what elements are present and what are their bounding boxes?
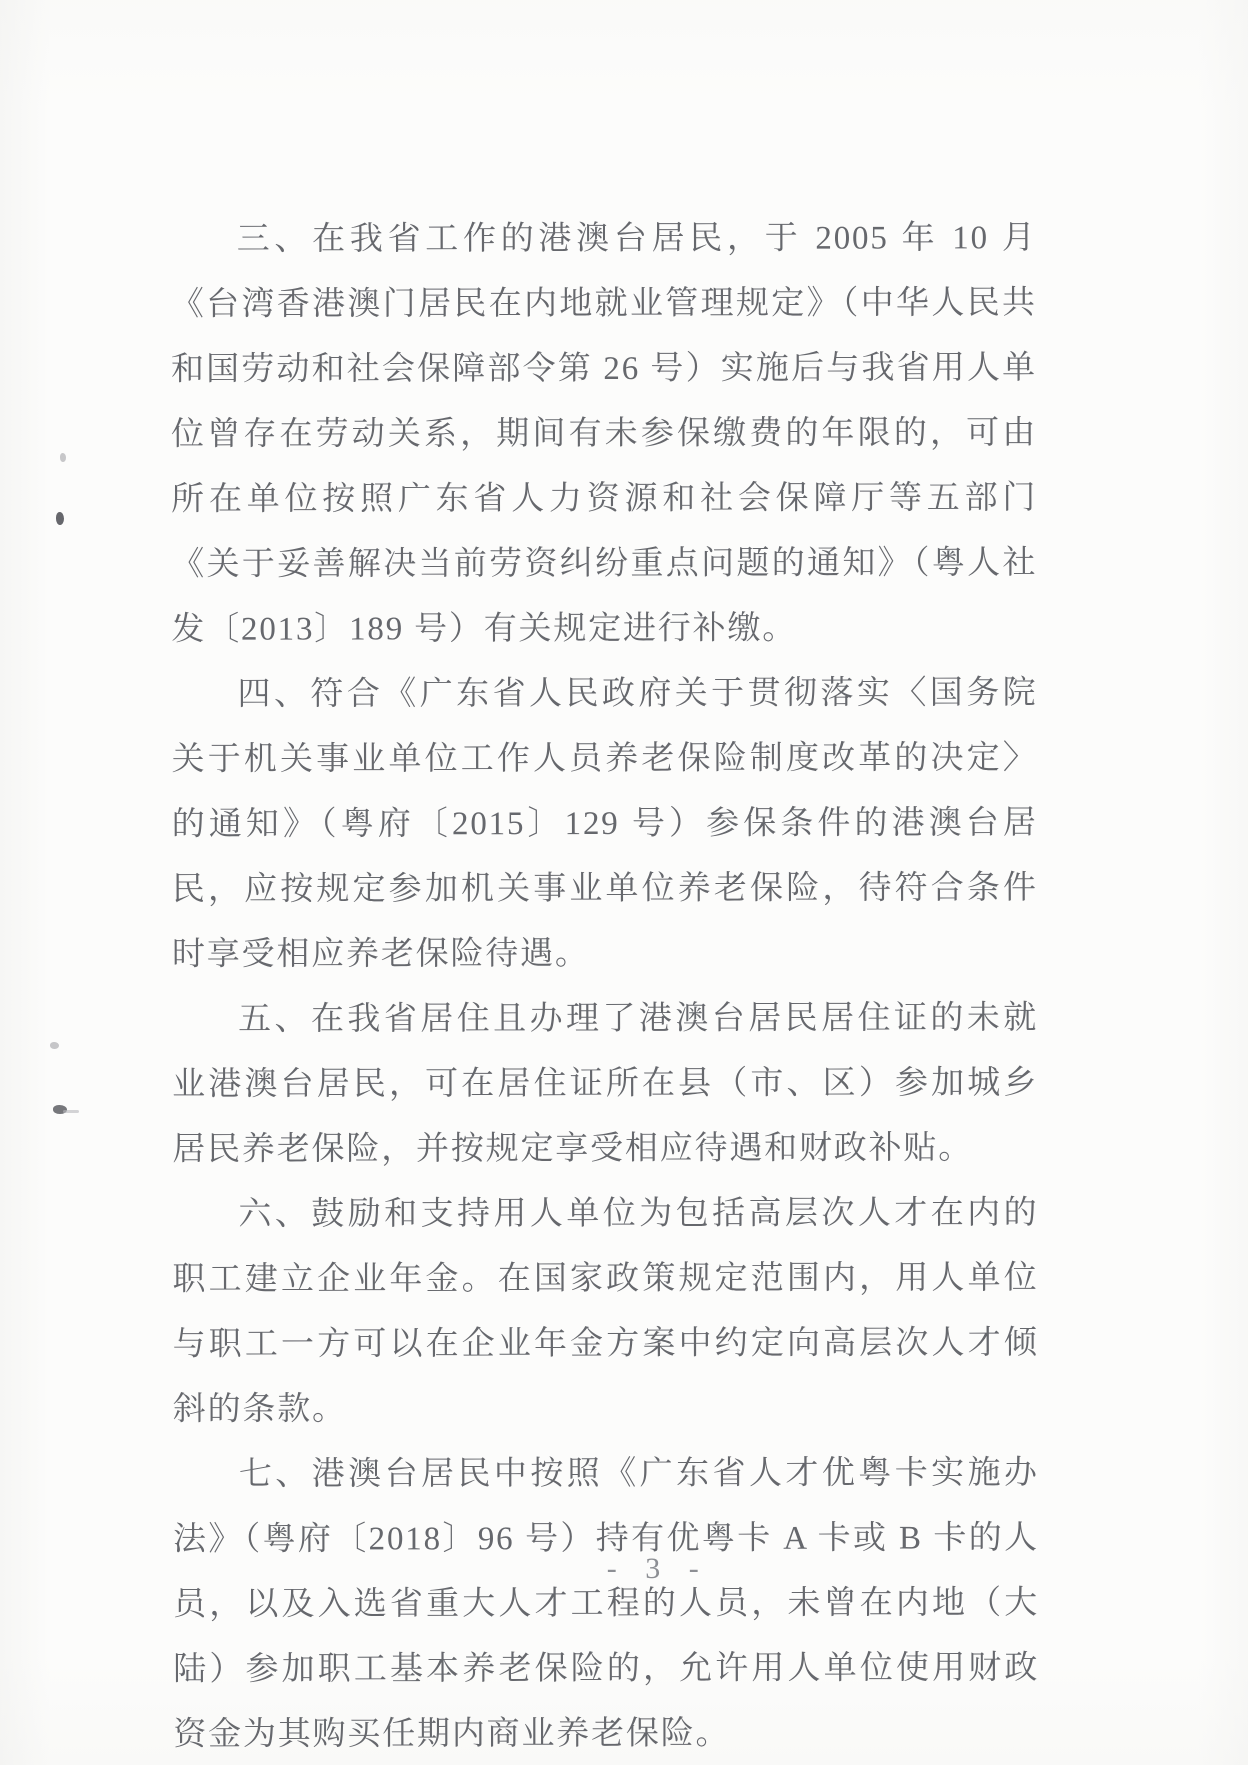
scan-speck <box>53 1105 67 1114</box>
scan-speck <box>50 1042 59 1049</box>
paragraph-item-3: 三、在我省工作的港澳台居民，于 2005 年 10 月《台湾香港澳门居民在内地就… <box>171 206 1038 663</box>
scan-speck <box>60 453 66 462</box>
scanned-document-page: 三、在我省工作的港澳台居民，于 2005 年 10 月《台湾香港澳门居民在内地就… <box>0 0 1248 1765</box>
document-body: 三、在我省工作的港澳台居民，于 2005 年 10 月《台湾香港澳门居民在内地就… <box>171 206 1040 1765</box>
page-number: - 3 - <box>607 1552 709 1586</box>
paragraph-item-6: 六、鼓励和支持用人单位为包括高层次人才在内的职工建立企业年金。在国家政策规定范围… <box>172 1181 1038 1443</box>
paragraph-item-4: 四、符合《广东省人民政府关于贯彻落实〈国务院关于机关事业单位工作人员养老保险制度… <box>171 661 1038 988</box>
paragraph-item-5: 五、在我省居住且办理了港澳台居民居住证的未就业港澳台居民，可在居住证所在县（市、… <box>172 986 1038 1183</box>
paragraph-item-7: 七、港澳台居民中按照《广东省人才优粤卡实施办法》（粤府〔2018〕96 号）持有… <box>173 1441 1040 1765</box>
scan-speck <box>56 512 64 525</box>
